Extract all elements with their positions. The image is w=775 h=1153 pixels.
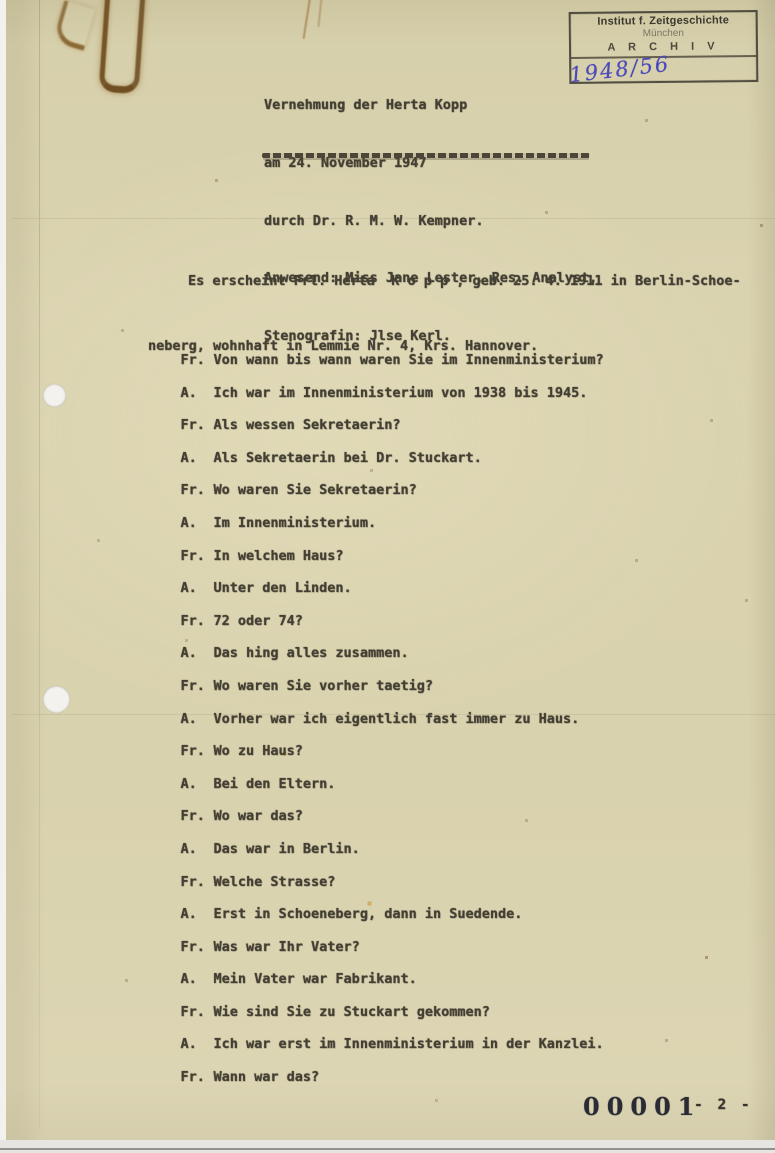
qa-line: Fr.Was war Ihr Vater? bbox=[148, 923, 604, 956]
qa-line: A.Das war in Berlin. bbox=[148, 825, 604, 858]
header-line-interrogator: durch Dr. R. M. W. Kempner. bbox=[264, 212, 597, 231]
qa-line: A.Mein Vater war Fabrikant. bbox=[148, 955, 604, 988]
qa-text: Unter den Linden. bbox=[214, 580, 352, 596]
qa-line: Fr.Wo waren Sie vorher taetig? bbox=[148, 662, 604, 695]
qa-speaker-label: A. bbox=[181, 971, 214, 987]
qa-text: In welchem Haus? bbox=[214, 548, 344, 564]
qa-text: Welche Strasse? bbox=[214, 874, 336, 890]
dashed-underline bbox=[262, 153, 590, 158]
qa-speaker-label: A. bbox=[181, 841, 214, 857]
qa-speaker-label: Fr. bbox=[181, 743, 214, 759]
sheet-number-stamp: 00001 bbox=[583, 1092, 702, 1121]
qa-text: Was war Ihr Vater? bbox=[214, 939, 360, 955]
qa-line: Fr.In welchem Haus? bbox=[148, 532, 604, 565]
qa-line: Fr.72 oder 74? bbox=[148, 597, 604, 630]
qa-line: A.Das hing alles zusammen. bbox=[148, 629, 604, 662]
qa-text: Als wessen Sekretaerin? bbox=[214, 417, 401, 433]
qa-speaker-label: Fr. bbox=[181, 1004, 214, 1020]
qa-speaker-label: A. bbox=[181, 450, 214, 466]
qa-line: A.Vorher war ich eigentlich fast immer z… bbox=[148, 695, 604, 728]
scan-edge-line bbox=[0, 1148, 775, 1150]
qa-line: Fr.Wo war das? bbox=[148, 792, 604, 825]
qa-line: Fr.Wie sind Sie zu Stuckart gekommen? bbox=[148, 988, 604, 1021]
stamp-institute-line: Institut f. Zeitgeschichte bbox=[571, 14, 756, 29]
qa-line: A.Erst in Schoeneberg, dann in Suedende. bbox=[148, 890, 604, 923]
qa-text: Ich war im Innenministerium von 1938 bis… bbox=[214, 385, 588, 401]
paperclip-rust-stain bbox=[53, 0, 96, 50]
qa-speaker-label: Fr. bbox=[181, 482, 214, 498]
qa-line: Fr.Als wessen Sekretaerin? bbox=[148, 401, 604, 434]
qa-text: Das war in Berlin. bbox=[214, 841, 360, 857]
rust-streak bbox=[317, 0, 322, 27]
qa-text: Wo waren Sie Sekretaerin? bbox=[214, 482, 417, 498]
qa-speaker-label: Fr. bbox=[181, 417, 214, 433]
intro-line: Es erscheint Frl. Herta K o p p , geb. 2… bbox=[148, 273, 741, 306]
rust-streak bbox=[303, 0, 312, 39]
header-line-title: Vernehmung der Herta Kopp bbox=[264, 96, 597, 115]
vertical-crease bbox=[39, 0, 40, 1127]
qa-speaker-label: A. bbox=[181, 711, 214, 727]
qa-speaker-label: A. bbox=[181, 645, 214, 661]
qa-speaker-label: Fr. bbox=[181, 678, 214, 694]
dust-specks bbox=[6, 0, 7, 1]
qa-line: A.Als Sekretaerin bei Dr. Stuckart. bbox=[148, 434, 604, 467]
qa-text: Bei den Eltern. bbox=[214, 776, 336, 792]
qa-text: Das hing alles zusammen. bbox=[214, 645, 409, 661]
qa-speaker-label: A. bbox=[181, 776, 214, 792]
qa-text: Wie sind Sie zu Stuckart gekommen? bbox=[214, 1004, 490, 1020]
qa-text: Vorher war ich eigentlich fast immer zu … bbox=[214, 711, 580, 727]
qa-text: Ich war erst im Innenministerium in der … bbox=[214, 1036, 604, 1052]
qa-speaker-label: A. bbox=[181, 906, 214, 922]
qa-line: A.Ich war im Innenministerium von 1938 b… bbox=[148, 369, 604, 402]
qa-text: Wo waren Sie vorher taetig? bbox=[214, 678, 433, 694]
qa-line: A.Unter den Linden. bbox=[148, 564, 604, 597]
qa-line: Fr.Wann war das? bbox=[148, 1053, 604, 1086]
qa-line: Fr.Wo waren Sie Sekretaerin? bbox=[148, 466, 604, 499]
qa-line: Fr.Welche Strasse? bbox=[148, 858, 604, 891]
paperclip-rust-stain bbox=[99, 0, 146, 94]
qa-text: Im Innenministerium. bbox=[214, 515, 377, 531]
qa-speaker-label: Fr. bbox=[181, 548, 214, 564]
qa-speaker-label: Fr. bbox=[181, 1069, 214, 1085]
qa-text: Als Sekretaerin bei Dr. Stuckart. bbox=[214, 450, 482, 466]
qa-text: Mein Vater war Fabrikant. bbox=[214, 971, 417, 987]
qa-speaker-label: A. bbox=[181, 580, 214, 596]
qa-text: Wo war das? bbox=[214, 808, 303, 824]
qa-speaker-label: A. bbox=[181, 1036, 214, 1052]
qa-text: Wo zu Haus? bbox=[214, 743, 303, 759]
qa-line: Fr.Von wann bis wann waren Sie im Innenm… bbox=[148, 336, 604, 369]
qa-list: Fr.Von wann bis wann waren Sie im Innenm… bbox=[148, 336, 604, 1086]
qa-text: Erst in Schoeneberg, dann in Suedende. bbox=[214, 906, 523, 922]
qa-speaker-label: Fr. bbox=[181, 874, 214, 890]
qa-line: Fr.Wo zu Haus? bbox=[148, 727, 604, 760]
punch-hole bbox=[43, 384, 66, 407]
paper-sheet: Institut f. Zeitgeschichte München A R C… bbox=[6, 0, 775, 1141]
qa-text: Von wann bis wann waren Sie im Innenmini… bbox=[214, 352, 604, 368]
qa-text: Wann war das? bbox=[214, 1069, 320, 1085]
qa-speaker-label: Fr. bbox=[181, 808, 214, 824]
scanned-document-page: Institut f. Zeitgeschichte München A R C… bbox=[0, 0, 775, 1153]
punch-hole bbox=[43, 686, 70, 713]
qa-speaker-label: A. bbox=[181, 385, 214, 401]
qa-speaker-label: Fr. bbox=[181, 613, 214, 629]
qa-line: A.Im Innenministerium. bbox=[148, 499, 604, 532]
scan-background-strip bbox=[0, 1140, 775, 1153]
page-number: - 2 - bbox=[694, 1097, 753, 1113]
qa-line: A.Ich war erst im Innenministerium in de… bbox=[148, 1020, 604, 1053]
qa-speaker-label: Fr. bbox=[181, 939, 214, 955]
qa-text: 72 oder 74? bbox=[214, 613, 303, 629]
qa-speaker-label: Fr. bbox=[181, 352, 214, 368]
qa-speaker-label: A. bbox=[181, 515, 214, 531]
qa-line: A.Bei den Eltern. bbox=[148, 760, 604, 793]
